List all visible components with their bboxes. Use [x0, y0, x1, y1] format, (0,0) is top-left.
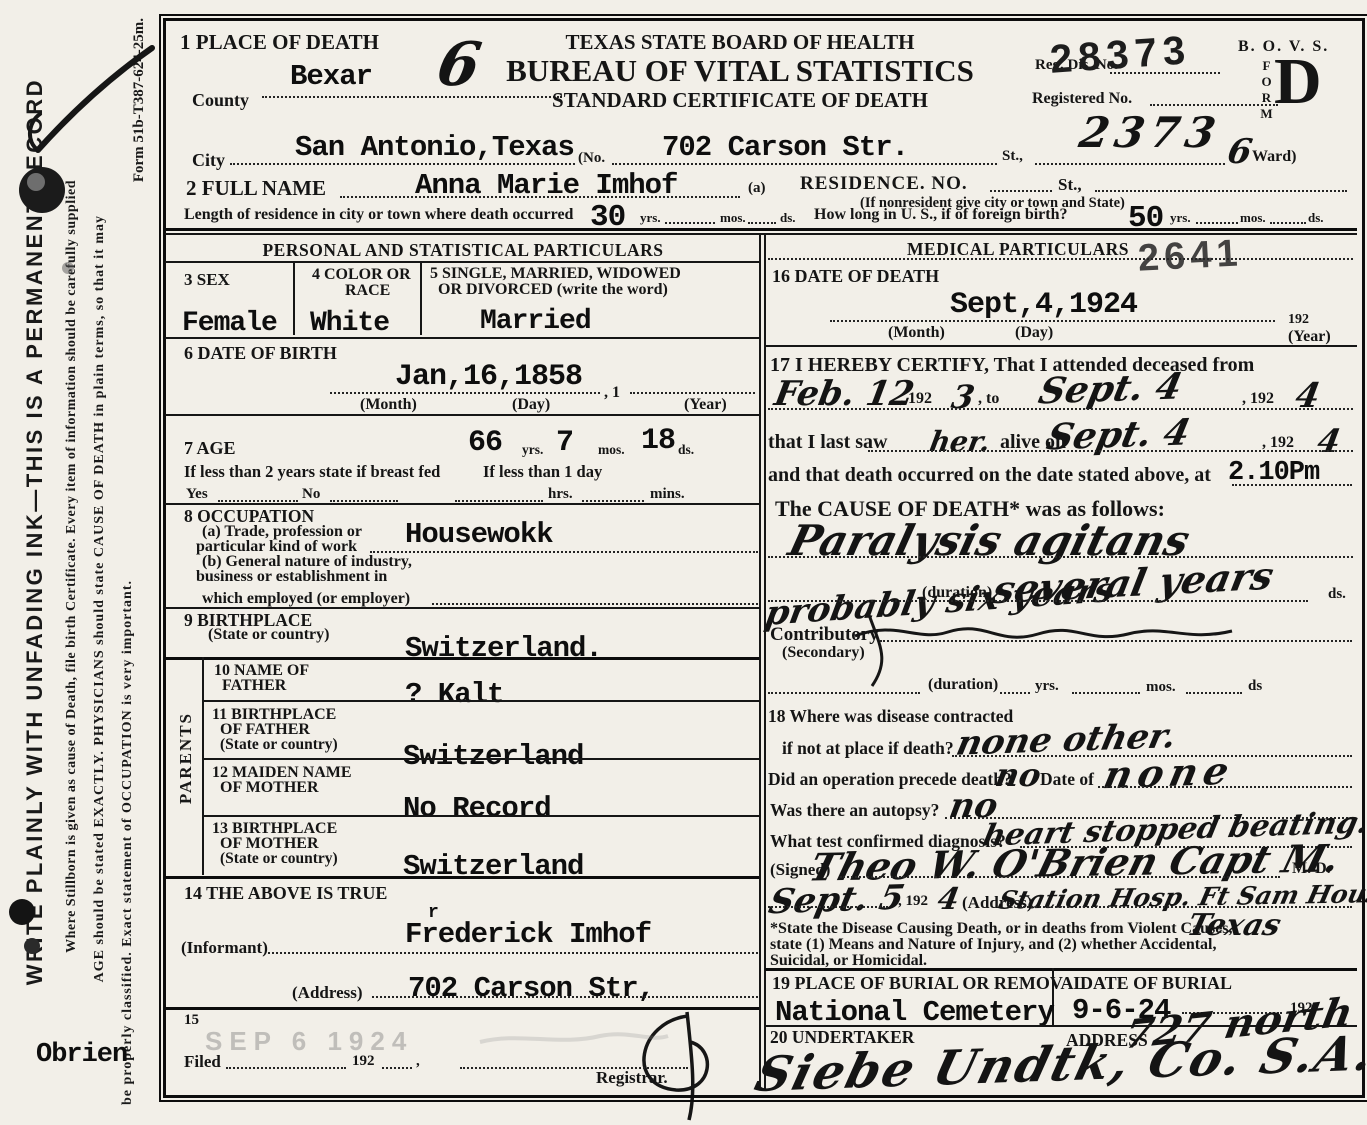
dob-label: 6 DATE OF BIRTH [184, 343, 337, 364]
sex-value: Female [182, 308, 277, 339]
dob-rule [165, 414, 759, 416]
registered-no-line [1150, 104, 1278, 106]
form-letter-d: D [1274, 44, 1322, 120]
age-label: 7 AGE [184, 438, 236, 459]
informant-line [268, 952, 758, 954]
dob-year-line [630, 392, 755, 394]
age-days: 18 [641, 424, 675, 458]
parents-side-label: PARENTS [176, 712, 196, 804]
lessday-label: If less than 1 day [483, 462, 602, 482]
occurred-line [1232, 484, 1352, 486]
race-value: White [310, 308, 389, 339]
length-ds: ds. [780, 210, 796, 226]
dob-value: Jan,16,1858 [395, 360, 582, 394]
howlong-label: How long in U. S., if of foreign birth? [814, 206, 1068, 224]
yes-line [218, 500, 298, 502]
sex-label: 3 SEX [184, 270, 230, 290]
informant-overstrike: r [428, 903, 438, 923]
duration2-line-1 [1000, 692, 1030, 694]
duration2-label: (duration) [928, 676, 998, 694]
occupation-a-line [370, 551, 758, 553]
medical-top-line [768, 258, 1353, 260]
registered-no-value: 2373 [1076, 108, 1226, 157]
occupation-b3: which employed (or employer) [202, 590, 410, 608]
dob-year-label: (Year) [684, 396, 727, 414]
burial-place-label: 19 PLACE OF BURIAL OR REMOVAL [772, 973, 1086, 994]
ward-label: Ward) [1252, 148, 1296, 166]
sign-y192d: , 192 [898, 893, 928, 910]
mother-name-label-2: OF MOTHER [220, 779, 319, 797]
autopsy-question: Was there an autopsy? [770, 800, 939, 821]
birthplace-value: Switzerland. [405, 632, 602, 665]
age-mos-label: mos. [598, 442, 625, 458]
parents-bottom-rule [165, 876, 759, 879]
howlong-dots-2 [1270, 222, 1306, 224]
dob-day-label: (Day) [512, 396, 550, 414]
mother-name-value: No Record [403, 792, 551, 825]
parents-rule-2 [202, 758, 759, 760]
burial-top-rule [765, 968, 1357, 971]
length-yrs: yrs. [640, 210, 661, 226]
marital-value: Married [480, 306, 591, 337]
dob-month-label: (Month) [360, 396, 417, 414]
mins-label: mins. [650, 486, 685, 503]
birthplace-rule [165, 657, 759, 660]
q18b-label: if not at place if death? [782, 738, 954, 759]
filed-date-stamp: SEP 6 1924 [205, 1026, 413, 1057]
city-value: San Antonio,Texas [295, 131, 574, 164]
certify-y192b: , 192 [1242, 390, 1274, 408]
contributory-line [880, 640, 1352, 642]
sign-address-line [1020, 906, 1352, 908]
duration2-yrs: yrs. [1035, 678, 1059, 695]
margin-warning-line3: AGE should be stated EXACTLY. PHYSICIANS… [92, 215, 108, 982]
margin-warning-main: WRITE PLAINLY WITH UNFADING INK—THIS IS … [22, 78, 48, 985]
age-ds-label: ds. [678, 442, 694, 458]
personal-rule [165, 261, 759, 263]
length-dots-2 [748, 222, 776, 224]
header-rule-1 [165, 228, 1357, 231]
certify-line [768, 408, 1353, 410]
parents-inner-divider [202, 657, 204, 875]
margin-warning-line4: be properly classified. Exact statement … [120, 580, 136, 1105]
residence-st-label: St., [1058, 175, 1082, 195]
duration-line [768, 600, 1308, 602]
father-name-label-2: FATHER [222, 677, 286, 695]
duration2-line-2 [1072, 692, 1140, 694]
informant-address-label: (Address) [292, 983, 363, 1003]
marital-label-2: OR DIVORCED (write the word) [438, 281, 668, 299]
parents-rule-1 [202, 700, 759, 702]
howlong-mos: mos. [1240, 210, 1266, 226]
medical-title: MEDICAL PARTICULARS [907, 239, 1129, 260]
county-value: Bexar [290, 60, 372, 93]
birthplace-note: (State or country) [208, 626, 329, 644]
howlong-dots-1 [1196, 222, 1238, 224]
informant-address-line [372, 996, 758, 998]
ward-line [1035, 163, 1225, 165]
yes-label: Yes [186, 486, 208, 503]
duration2-line-3 [1186, 692, 1242, 694]
dod-year-pre: 192 [1288, 312, 1309, 328]
filed-comma: , [416, 1053, 420, 1070]
personal-title: PERSONAL AND STATISTICAL PARTICULARS [262, 240, 663, 261]
burial-date-label: DATE OF BURIAL [1080, 973, 1232, 994]
age-yrs-label: yrs. [522, 442, 543, 458]
medical-stamp: 2641 [1137, 232, 1244, 280]
date-of-answer: none [1100, 748, 1239, 797]
dod-day-label: (Day) [1015, 324, 1053, 342]
contributory-label: Contributory [770, 624, 879, 646]
breastfed-label: If less than 2 years state if breast fed [184, 462, 440, 482]
length-dots-1 [665, 222, 715, 224]
race-marital-divider [420, 261, 422, 335]
informant-label: (Informant) [181, 938, 268, 958]
death-certificate-page: WRITE PLAINLY WITH UNFADING INK—THIS IS … [0, 0, 1367, 1125]
registrar-label: Registrar. [596, 1068, 668, 1088]
sex-row-rule [165, 337, 759, 339]
duration2-ds: ds [1248, 678, 1262, 695]
duration2-lead-line [768, 692, 920, 694]
secondary-label: (Secondary) [782, 644, 865, 662]
st-label: St., [1002, 148, 1023, 165]
dod-year-label: (Year) [1288, 328, 1331, 346]
dod-label: 16 DATE OF DEATH [772, 266, 939, 287]
house-no-value: 702 Carson Str. [662, 131, 908, 164]
race-label-2: RACE [345, 282, 390, 300]
residence-no-line [990, 190, 1052, 192]
sex-race-divider [293, 261, 295, 335]
informant-rule [165, 1007, 759, 1010]
filed-line-2 [382, 1067, 412, 1069]
age-years: 66 [468, 426, 502, 460]
dod-line [830, 320, 1275, 322]
column-divider-a [759, 233, 761, 1090]
margin-note-obrien: Obrien [36, 1040, 127, 1070]
parents-rule-3 [202, 815, 759, 817]
father-bp-value: Switzerland [403, 740, 583, 773]
above-is-true-label: 14 THE ABOVE IS TRUE [184, 883, 387, 904]
certify-y192a: , 192 [900, 390, 932, 408]
dob-line [330, 392, 600, 394]
age-rule [165, 503, 759, 505]
informant-address-value: 702 Carson Str, [408, 972, 654, 1005]
no-line [330, 500, 398, 502]
duration-ds: ds. [1328, 586, 1346, 603]
age-months: 7 [556, 426, 573, 460]
form-number: Form 51b-T387-624-25m. [131, 18, 148, 182]
registered-no-label: Registered No. [1032, 90, 1132, 108]
certificate-title: STANDARD CERTIFICATE OF DEATH [552, 88, 928, 113]
mother-bp-label-3: (State or country) [220, 850, 338, 868]
father-name-value: ? Kalt [405, 678, 503, 711]
a-label: (a) [748, 180, 766, 197]
lastsaw-line [868, 450, 1353, 452]
place-of-death-label: 1 PLACE OF DEATH [180, 30, 379, 55]
residence-label: RESIDENCE. NO. [800, 173, 968, 195]
dod-value: Sept,4,1924 [950, 288, 1137, 322]
form-word: FORM [1258, 58, 1274, 122]
fullname-value: Anna Marie Imhof [415, 169, 677, 202]
certify-to-date: Sept. 4 [1035, 366, 1186, 413]
fullname-label: 2 FULL NAME [186, 176, 326, 201]
howlong-yrs: yrs. [1170, 210, 1191, 226]
filed-label: Filed [184, 1052, 221, 1072]
length-mos: mos. [720, 210, 746, 226]
residence-st-line [1095, 190, 1347, 192]
dod-month-label: (Month) [888, 324, 945, 342]
mins-line [582, 500, 644, 502]
filed-line-1 [226, 1067, 346, 1069]
operation-line [1098, 786, 1352, 788]
occupation-b2: business or establishment in [196, 568, 387, 586]
father-bp-label-3: (State or country) [220, 736, 338, 754]
informant-name: Frederick Imhof [405, 918, 651, 951]
occupation-rule [165, 607, 759, 609]
howlong-ds: ds. [1308, 210, 1324, 226]
lastsaw-her: her. [927, 425, 993, 458]
sign-date-line [768, 906, 888, 908]
duration2-mos: mos. [1146, 679, 1176, 696]
occurred-label: and that death occurred on the date stat… [768, 464, 1211, 487]
margin-warning-line2: Where Stillborn is given as cause of Dea… [64, 180, 80, 953]
hrs-line [455, 500, 543, 502]
hrs-label: hrs. [548, 486, 573, 503]
date-of-label: Date of [1040, 769, 1094, 790]
dob-year-pre: , 1 [604, 384, 620, 402]
filed-num: 15 [184, 1012, 199, 1029]
board-title: TEXAS STATE BOARD OF HEALTH [566, 30, 915, 55]
length-label: Length of residence in city or town wher… [184, 206, 573, 224]
dod-rule [765, 345, 1357, 347]
sign-date: Sept. 5 [765, 878, 908, 923]
certify-to-label: , to [978, 390, 999, 408]
occupation-value: Housewokk [405, 518, 553, 551]
md-label: M. D. [1292, 860, 1331, 878]
bureau-title: BUREAU OF VITAL STATISTICS [506, 53, 974, 89]
city-label: City [192, 150, 225, 171]
filed-year: 192 [352, 1053, 375, 1070]
house-no-label: (No. [578, 150, 605, 167]
county-label: County [192, 90, 249, 111]
no-label: No [302, 486, 320, 503]
occupation-b-line [432, 603, 758, 605]
column-divider-b [764, 233, 766, 1090]
county-line [262, 96, 562, 98]
